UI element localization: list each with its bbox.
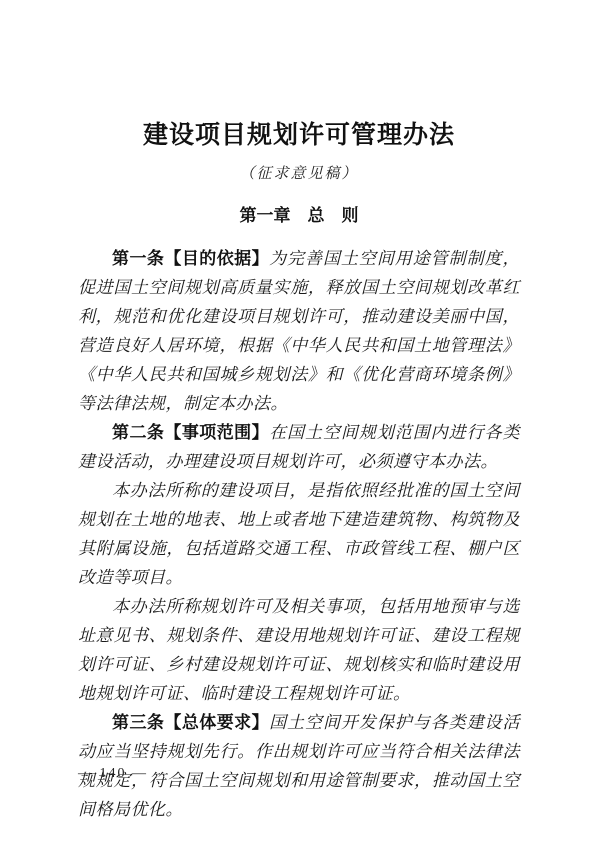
article-1-lead: 第一条【目的依据】 (112, 249, 269, 268)
paragraph-article-1: 第一条【目的依据】为完善国土空间用途管制制度，促进国土空间规划高质量实施，释放国… (78, 244, 520, 418)
document-title: 建设项目规划许可管理办法 (78, 118, 520, 152)
article-2-sub-2-text: 本办法所称规划许可及相关事项，包括用地预审与选址意见书、规划条件、建设用地规划许… (78, 597, 520, 703)
page-number: — 140 — (78, 766, 148, 782)
article-2-sub-1-text: 本办法所称的建设项目，是指依照经批准的国土空间规划在土地的地表、地上或者地下建造… (78, 481, 520, 587)
article-2-lead: 第二条【事项范围】 (112, 423, 269, 442)
document-subtitle: （征求意见稿） (78, 164, 520, 184)
article-3-lead: 第三条【总体要求】 (112, 713, 269, 732)
article-1-text: 为完善国土空间用途管制制度，促进国土空间规划高质量实施，释放国土空间规划改革红利… (78, 249, 520, 413)
chapter-heading: 第一章 总 则 (78, 204, 520, 228)
paragraph-article-2: 第二条【事项范围】在国土空间规划范围内进行各类建设活动，办理建设项目规划许可，必… (78, 418, 520, 476)
paragraph-article-2-sub-1: 本办法所称的建设项目，是指依照经批准的国土空间规划在土地的地表、地上或者地下建造… (78, 476, 520, 592)
document-page: 建设项目规划许可管理办法 （征求意见稿） 第一章 总 则 第一条【目的依据】为完… (0, 0, 596, 842)
paragraph-article-2-sub-2: 本办法所称规划许可及相关事项，包括用地预审与选址意见书、规划条件、建设用地规划许… (78, 592, 520, 708)
document-body: 第一条【目的依据】为完善国土空间用途管制制度，促进国土空间规划高质量实施，释放国… (78, 244, 520, 824)
